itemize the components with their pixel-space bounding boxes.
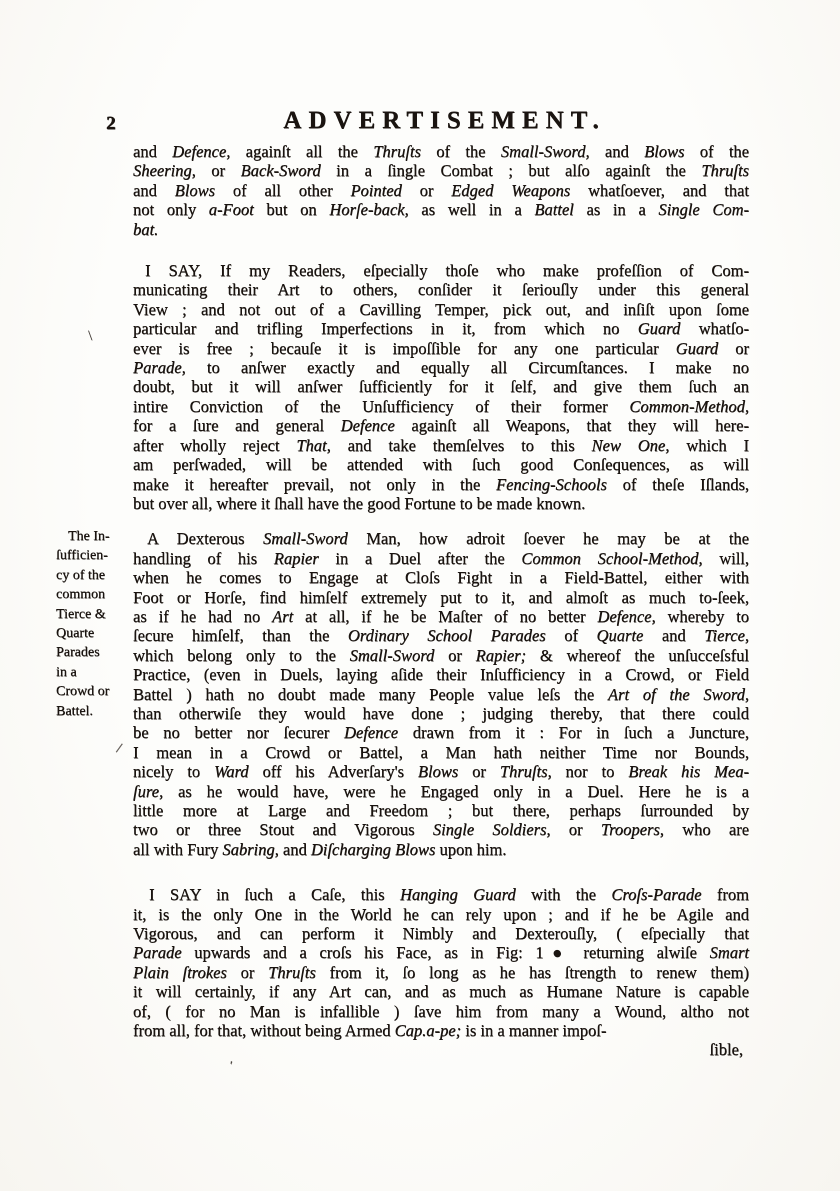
paragraph-1: and Defence, againſt all the Thruſts of … — [133, 142, 749, 239]
text-line: Tierce & — [56, 605, 132, 624]
text-line: ſure, as he would have, were he Engaged … — [133, 782, 749, 801]
text-line: make it hereafter prevail, not only in t… — [133, 475, 749, 494]
catchword: ſible, — [710, 1040, 743, 1059]
ink-mark: ⁄ — [118, 740, 120, 756]
book-page: 2 ADVERTISEMENT. and Defence, againſt al… — [0, 0, 840, 1191]
text-line: Quarte — [56, 624, 132, 643]
page-title: ADVERTISEMENT. — [133, 106, 749, 136]
text-line: cy of the — [56, 566, 132, 585]
text-line: A Dexterous Small-Sword Man, how adroit … — [133, 529, 749, 548]
text-line: ever is free ; becauſe it is impoſſible … — [133, 339, 749, 358]
text-line: ſecure himſelf, than the Ordinary School… — [133, 626, 749, 645]
text-line: Sheering, or Back-Sword in a ſingle Comb… — [133, 161, 749, 180]
text-line: but over all, where it ſhall have the go… — [133, 494, 749, 513]
text-line: all with Fury Sabring, and Diſcharging B… — [133, 840, 749, 859]
text-line: I SAY, If my Readers, eſpecially thoſe w… — [133, 261, 749, 280]
text-line: Battel. — [56, 702, 132, 721]
page-number: 2 — [106, 113, 116, 135]
text-line: for a ſure and general Defence againſt a… — [133, 416, 749, 435]
paragraph-2: I SAY, If my Readers, eſpecially thoſe w… — [133, 261, 749, 513]
text-line: I SAY in ſuch a Caſe, this Hanging Guard… — [133, 885, 749, 904]
text-line: intire Conviction of the Unſufficiency o… — [133, 397, 749, 416]
paragraph-3: A Dexterous Small-Sword Man, how adroit … — [133, 529, 749, 859]
text-line: I mean in a Crowd or Battel, a Man hath … — [133, 743, 749, 762]
text-line: Parades — [56, 643, 132, 662]
text-line: which belong only to the Small-Sword or … — [133, 646, 749, 665]
text-line: be no better nor ſecurer Defence drawn f… — [133, 723, 749, 742]
text-line: Battel ) hath no doubt made many People … — [133, 685, 749, 704]
text-line: nicely to Ward off his Adverſary's Blows… — [133, 762, 749, 781]
text-line: as if he had no Art at all, if he be Maſ… — [133, 607, 749, 626]
text-line: Plain ſtrokes or Thruſts from it, ſo lon… — [133, 963, 749, 982]
text-line: bat. — [133, 220, 749, 239]
text-line: it will certainly, if any Art can, and a… — [133, 982, 749, 1001]
text-line: View ; and not out of a Cavilling Temper… — [133, 300, 749, 319]
text-line: Crowd or — [56, 682, 132, 701]
text-line: and Blows of all other Pointed or Edged … — [133, 181, 749, 200]
ink-mark: ʹ — [230, 1058, 233, 1073]
text-line: of, ( for no Man is infallible ) ſave hi… — [133, 1002, 749, 1021]
text-line: am perſwaded, will be attended with ſuch… — [133, 455, 749, 474]
text-line: after wholly reject That, and take themſ… — [133, 436, 749, 455]
text-line: in a — [56, 663, 132, 682]
text-line: doubt, but it will anſwer ſufficiently f… — [133, 377, 749, 396]
text-line: The In- — [56, 527, 132, 546]
text-line: handling of his Rapier in a Duel after t… — [133, 549, 749, 568]
text-block: and Defence, againſt all the Thruſts of … — [133, 142, 749, 1060]
text-line: common — [56, 585, 132, 604]
text-line: two or three Stout and Vigorous Single S… — [133, 820, 749, 839]
text-line: Foot or Horſe, find himſelf extremely pu… — [133, 588, 749, 607]
page-header: 2 ADVERTISEMENT. — [133, 106, 749, 136]
text-line: Parade, to anſwer exactly and equally al… — [133, 358, 749, 377]
paragraph-4: I SAY in ſuch a Caſe, this Hanging Guard… — [133, 885, 749, 1040]
text-line: particular and trifling Imperfections in… — [133, 319, 749, 338]
text-line: and Defence, againſt all the Thruſts of … — [133, 142, 749, 161]
text-line: Parade upwards and a croſs his Face, as … — [133, 943, 749, 962]
text-line: little more at Large and Freedom ; but t… — [133, 801, 749, 820]
text-line: municating their Art to others, conſider… — [133, 280, 749, 299]
text-line: Practice, (even in Duels, laying aſide t… — [133, 665, 749, 684]
text-line: than otherwiſe they would have done ; ju… — [133, 704, 749, 723]
text-line: Vigorous, and can perform it Nimbly and … — [133, 924, 749, 943]
ink-mark: \ — [88, 328, 92, 345]
catchword-row: ſible, — [133, 1040, 749, 1059]
text-line: it, is the only One in the World he can … — [133, 905, 749, 924]
text-line: ſufficien- — [56, 546, 132, 565]
text-line: when he comes to Engage at Cloſs Fight i… — [133, 568, 749, 587]
margin-note: The In-ſufficien-cy of thecommonTierce &… — [56, 527, 132, 721]
text-line: from all, for that, without being Armed … — [133, 1021, 749, 1040]
text-line: not only a-Foot but on Horſe-back, as we… — [133, 200, 749, 219]
